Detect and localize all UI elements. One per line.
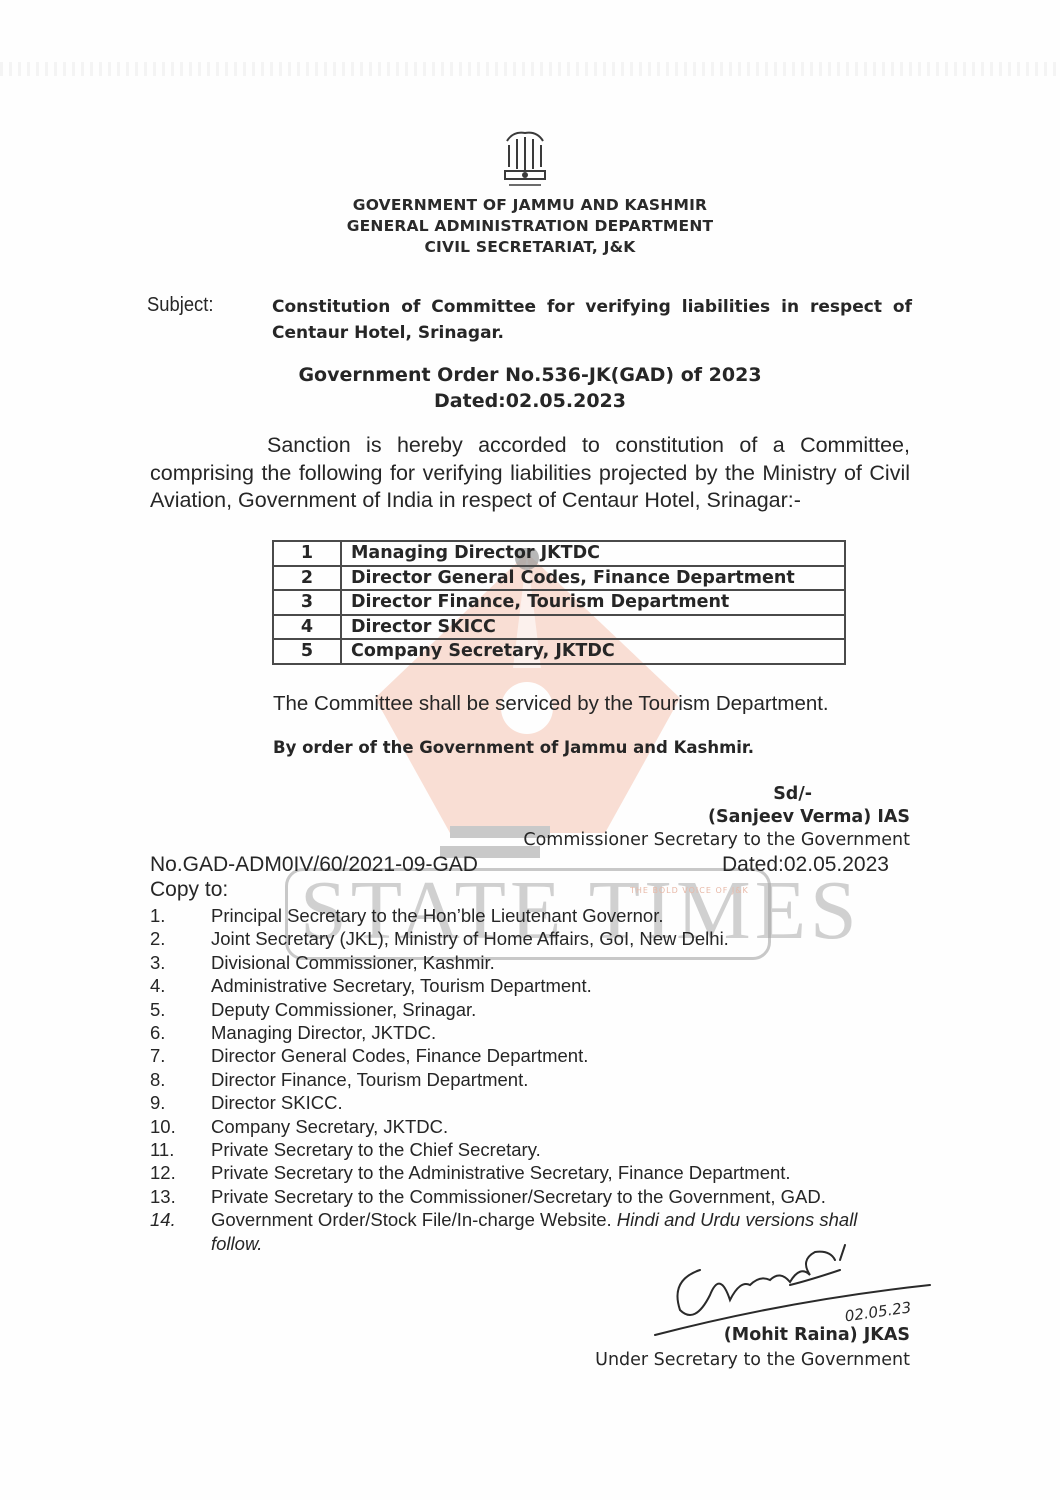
copy-to-number: 7. bbox=[150, 1044, 211, 1067]
copy-to-recipient-text: Director Finance, Tourism Department. bbox=[211, 1069, 528, 1090]
reference-number: No.GAD-ADM0IV/60/2021-09-GAD bbox=[150, 853, 478, 877]
copy-to-recipient: Director Finance, Tourism Department. bbox=[211, 1068, 910, 1091]
committee-row: 4Director SKICC bbox=[273, 615, 845, 640]
copy-to-item: 13.Private Secretary to the Commissioner… bbox=[150, 1185, 910, 1208]
copy-to-recipient: Private Secretary to the Chief Secretary… bbox=[211, 1138, 910, 1161]
copy-to-recipient: Administrative Secretary, Tourism Depart… bbox=[211, 974, 910, 997]
copy-to-number: 6. bbox=[150, 1021, 211, 1044]
sanction-paragraph: Sanction is hereby accorded to constitut… bbox=[150, 432, 910, 515]
copy-to-number: 14. bbox=[150, 1208, 211, 1255]
copy-to-number: 12. bbox=[150, 1161, 211, 1184]
subject-label: Subject: bbox=[147, 294, 213, 317]
signed-mark: Sd/- bbox=[773, 784, 812, 804]
committee-row: 2Director General Codes, Finance Departm… bbox=[273, 566, 845, 591]
copy-to-recipient-text: Private Secretary to the Administrative … bbox=[211, 1162, 791, 1183]
copy-to-recipient: Director General Codes, Finance Departme… bbox=[211, 1044, 910, 1067]
copy-to-recipient: Deputy Commissioner, Srinagar. bbox=[211, 998, 910, 1021]
state-emblem-icon bbox=[495, 127, 555, 192]
copy-to-recipient: Director SKICC. bbox=[211, 1091, 910, 1114]
copy-to-recipient-text: Private Secretary to the Chief Secretary… bbox=[211, 1139, 541, 1160]
copy-to-number: 9. bbox=[150, 1091, 211, 1114]
header-department: GENERAL ADMINISTRATION DEPARTMENT bbox=[0, 217, 1060, 235]
committee-row: 3Director Finance, Tourism Department bbox=[273, 590, 845, 615]
copy-to-number: 1. bbox=[150, 904, 211, 927]
order-date: Dated:02.05.2023 bbox=[0, 390, 1060, 412]
committee-row-number: 5 bbox=[273, 639, 341, 664]
copy-to-number: 8. bbox=[150, 1068, 211, 1091]
copy-to-recipient-text: Director General Codes, Finance Departme… bbox=[211, 1045, 588, 1066]
order-number: Government Order No.536-JK(GAD) of 2023 bbox=[0, 364, 1060, 386]
copy-to-number: 11. bbox=[150, 1138, 211, 1161]
undersecretary-designation: Under Secretary to the Government bbox=[595, 1350, 910, 1370]
copy-to-recipient: Joint Secretary (JKL), Ministry of Home … bbox=[211, 927, 910, 950]
copy-to-item: 11.Private Secretary to the Chief Secret… bbox=[150, 1138, 910, 1161]
committee-member: Company Secretary, JKTDC bbox=[341, 639, 845, 664]
committee-member: Director General Codes, Finance Departme… bbox=[341, 566, 845, 591]
copy-to-recipient-text: Company Secretary, JKTDC. bbox=[211, 1116, 448, 1137]
copy-to-recipient: Private Secretary to the Commissioner/Se… bbox=[211, 1185, 910, 1208]
committee-row: 1Managing Director JKTDC bbox=[273, 541, 845, 566]
copy-to-recipient: Company Secretary, JKTDC. bbox=[211, 1115, 910, 1138]
copy-to-item: 5.Deputy Commissioner, Srinagar. bbox=[150, 998, 910, 1021]
copy-to-item: 8.Director Finance, Tourism Department. bbox=[150, 1068, 910, 1091]
copy-to-number: 5. bbox=[150, 998, 211, 1021]
copy-to-recipient-text: Deputy Commissioner, Srinagar. bbox=[211, 999, 476, 1020]
committee-member: Managing Director JKTDC bbox=[341, 541, 845, 566]
copy-to-recipient-text: Private Secretary to the Commissioner/Se… bbox=[211, 1186, 826, 1207]
committee-row-number: 4 bbox=[273, 615, 341, 640]
copy-to-item: 6.Managing Director, JKTDC. bbox=[150, 1021, 910, 1044]
copy-to-item: 2.Joint Secretary (JKL), Ministry of Hom… bbox=[150, 927, 910, 950]
watermark-tagline: THE BOLD VOICE OF J&K bbox=[630, 886, 749, 895]
copy-to-number: 4. bbox=[150, 974, 211, 997]
copy-to-recipient: Private Secretary to the Administrative … bbox=[211, 1161, 910, 1184]
copy-to-item: 3.Divisional Commissioner, Kashmir. bbox=[150, 951, 910, 974]
copy-to-item: 1.Principal Secretary to the Hon’ble Lie… bbox=[150, 904, 910, 927]
undersecretary-name: (Mohit Raina) JKAS bbox=[724, 1325, 910, 1345]
copy-to-number: 13. bbox=[150, 1185, 211, 1208]
copy-to-label: Copy to: bbox=[150, 878, 228, 902]
serviced-by-text: The Committee shall be serviced by the T… bbox=[273, 692, 829, 716]
copy-to-recipient-text: Joint Secretary (JKL), Ministry of Home … bbox=[211, 928, 729, 949]
copy-to-item: 12.Private Secretary to the Administrati… bbox=[150, 1161, 910, 1184]
signatory-name: (Sanjeev Verma) IAS bbox=[708, 807, 910, 827]
copy-to-item: 10.Company Secretary, JKTDC. bbox=[150, 1115, 910, 1138]
copy-to-number: 10. bbox=[150, 1115, 211, 1138]
committee-member: Director SKICC bbox=[341, 615, 845, 640]
scan-artifact bbox=[0, 62, 1060, 76]
copy-to-item: 9.Director SKICC. bbox=[150, 1091, 910, 1114]
subject-text: Constitution of Committee for verifying … bbox=[272, 294, 912, 346]
copy-to-item: 7.Director General Codes, Finance Depart… bbox=[150, 1044, 910, 1067]
committee-row-number: 3 bbox=[273, 590, 341, 615]
copy-to-list: 1.Principal Secretary to the Hon’ble Lie… bbox=[150, 904, 910, 1255]
signature-date: 02.05.23 bbox=[844, 1298, 913, 1325]
copy-to-item: 4.Administrative Secretary, Tourism Depa… bbox=[150, 974, 910, 997]
committee-row-number: 2 bbox=[273, 566, 341, 591]
signatory-designation: Commissioner Secretary to the Government bbox=[523, 830, 910, 850]
committee-row: 5Company Secretary, JKTDC bbox=[273, 639, 845, 664]
committee-table: 1Managing Director JKTDC2Director Genera… bbox=[272, 540, 846, 665]
reference-date: Dated:02.05.2023 bbox=[722, 853, 889, 877]
copy-to-recipient-text: Director SKICC. bbox=[211, 1092, 343, 1113]
header-government: GOVERNMENT OF JAMMU AND KASHMIR bbox=[0, 196, 1060, 214]
by-order-text: By order of the Government of Jammu and … bbox=[273, 738, 754, 757]
copy-to-recipient-text: Administrative Secretary, Tourism Depart… bbox=[211, 975, 592, 996]
copy-to-recipient: Principal Secretary to the Hon’ble Lieut… bbox=[211, 904, 910, 927]
header-secretariat: CIVIL SECRETARIAT, J&K bbox=[0, 238, 1060, 256]
copy-to-recipient-text: Government Order/Stock File/In-charge We… bbox=[211, 1209, 612, 1230]
committee-row-number: 1 bbox=[273, 541, 341, 566]
copy-to-recipient: Managing Director, JKTDC. bbox=[211, 1021, 910, 1044]
copy-to-recipient-text: Principal Secretary to the Hon’ble Lieut… bbox=[211, 905, 663, 926]
copy-to-recipient-text: Managing Director, JKTDC. bbox=[211, 1022, 436, 1043]
copy-to-number: 3. bbox=[150, 951, 211, 974]
copy-to-recipient-text: Divisional Commissioner, Kashmir. bbox=[211, 952, 495, 973]
committee-member: Director Finance, Tourism Department bbox=[341, 590, 845, 615]
copy-to-recipient: Divisional Commissioner, Kashmir. bbox=[211, 951, 910, 974]
copy-to-number: 2. bbox=[150, 927, 211, 950]
